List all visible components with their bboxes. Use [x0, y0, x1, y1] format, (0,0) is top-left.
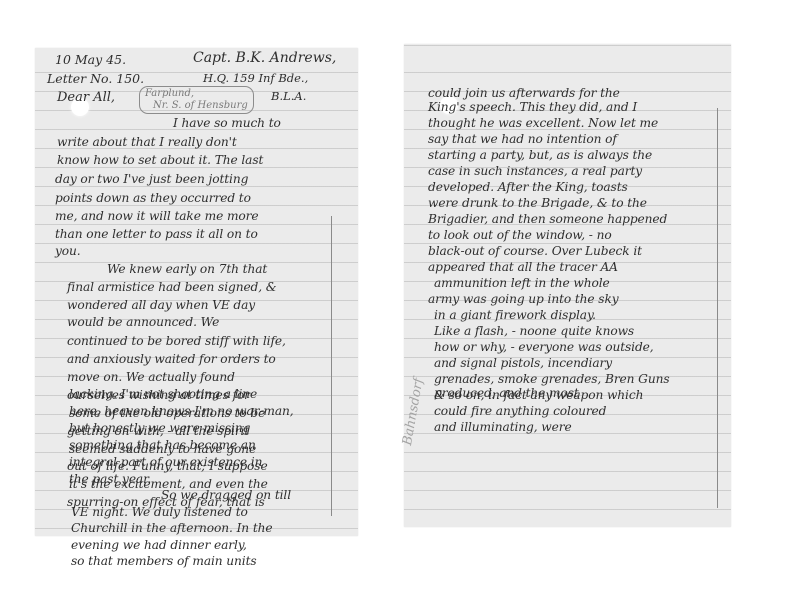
text-line: than one letter to pass it all on to — [55, 225, 258, 244]
text-line: would be announced. We — [67, 313, 219, 332]
location-stamp: Farplund, Nr. S. of Hensburg — [139, 86, 254, 114]
text-line: you. — [55, 242, 81, 261]
letter-page-1: 10 May 45. Letter No. 150. Capt. B.K. An… — [35, 48, 358, 536]
location-stamp-line2: Nr. S. of Hensburg — [145, 100, 248, 112]
salutation: Dear All, — [57, 90, 115, 105]
sender-army: B.L.A. — [271, 89, 306, 103]
letter-date: 10 May 45. — [55, 52, 126, 67]
text-line: continued to be bored stiff with life, — [67, 332, 286, 351]
text-line: day or two I've just been jotting — [55, 170, 248, 189]
text-line: the past year. — [69, 470, 151, 489]
text-line: I have so much to — [173, 114, 281, 133]
text-line: and illuminating, were — [434, 418, 572, 437]
text-line: final armistice had been signed, & — [67, 278, 277, 297]
letter-page-2: Bahnsdorf could join us afterwards for t… — [404, 44, 731, 527]
text-line: produced, and the most — [434, 384, 579, 403]
sender-unit: H.Q. 159 Inf Bde., — [203, 71, 308, 85]
text-line: We knew early on 7th that — [107, 260, 267, 279]
text-line: and anxiously waited for orders to — [67, 350, 276, 369]
text-line: me, and now it will take me more — [55, 207, 258, 226]
text-line: know how to set about it. The last — [57, 151, 263, 170]
text-line: points down as they occurred to — [55, 189, 251, 208]
text-line: write about that I really don't — [57, 133, 237, 152]
location-stamp-line1: Farplund, — [145, 88, 248, 100]
margin-rule — [717, 108, 718, 508]
sender-name: Capt. B.K. Andrews, — [193, 50, 336, 66]
text-line: so that members of main units — [71, 552, 257, 571]
letter-number: Letter No. 150. — [47, 71, 144, 86]
margin-annotation: Bahnsdorf — [400, 377, 427, 446]
margin-rule — [331, 216, 332, 516]
